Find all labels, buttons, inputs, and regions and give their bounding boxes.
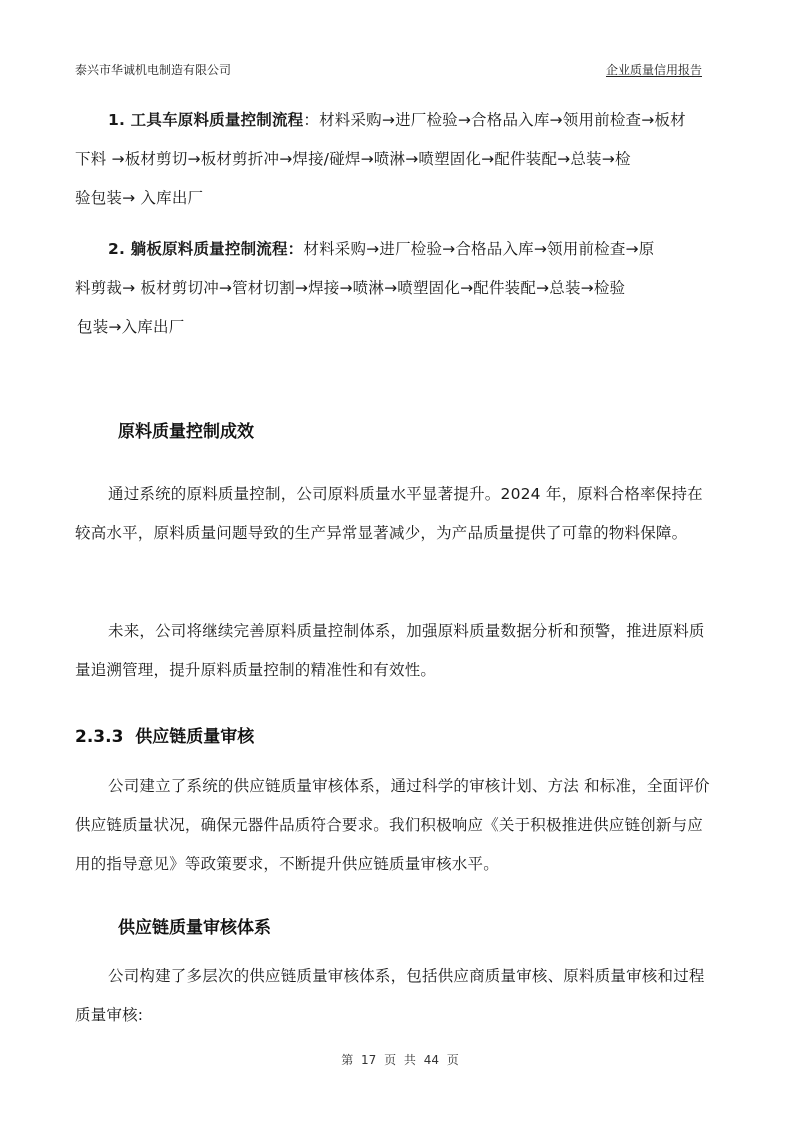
process-line: 包装→入库出厂 [75,308,715,347]
results-paragraph-1: 通过系统的原料质量控制，公司原料质量水平显著提升。2024 年，原料合格率保持在… [75,475,715,553]
subsection-title-results: 原料质量控制成效 [118,417,254,442]
results-paragraph-2: 未来，公司将继续完善原料质量控制体系，加强原料质量数据分析和预警，推进原料质量追… [75,612,715,690]
page-header: 泰兴市华诚机电制造有限公司 企业质量信用报告 [75,61,702,79]
page-number: 第 17 页 共 44 页 [0,1051,800,1068]
process-label: 1. 工具车原料质量控制流程 [108,111,303,129]
process-line: 验包装→ 入库出厂 [75,179,715,218]
subsection-title-audit: 供应链质量审核体系 [118,913,271,938]
section-heading-2-3-3: 2.3.3 供应链质量审核 [75,722,254,747]
audit-paragraph: 公司构建了多层次的供应链质量审核体系，包括供应商质量审核、原料质量审核和过程质量… [75,957,715,1035]
process-line: 2. 躺板原料质量控制流程：材料采购→进厂检验→合格品入库→领用前检查→原 [75,230,715,269]
section-number: 2.3.3 [75,727,123,747]
process-line: 料剪裁→ 板材剪切冲→管材切割→焊接→喷淋→喷塑固化→配件装配→总装→检验 [75,269,715,308]
report-title: 企业质量信用报告 [606,61,702,78]
section-title: 供应链质量审核 [135,727,254,747]
company-name: 泰兴市华诚机电制造有限公司 [75,61,231,78]
process-line: 下料 →板材剪切→板材剪折冲→焊接/碰焊→喷淋→喷塑固化→配件装配→总装→检 [75,140,715,179]
process-item-creeper: 2. 躺板原料质量控制流程：材料采购→进厂检验→合格品入库→领用前检查→原 料剪… [75,230,715,347]
process-label: 2. 躺板原料质量控制流程 [108,240,288,258]
section-233-paragraph: 公司建立了系统的供应链质量审核体系，通过科学的审核计划、方法 和标准，全面评价供… [75,767,715,884]
process-line: 1. 工具车原料质量控制流程：材料采购→进厂检验→合格品入库→领用前检查→板材 [75,101,715,140]
process-item-tool-cart: 1. 工具车原料质量控制流程：材料采购→进厂检验→合格品入库→领用前检查→板材 … [75,101,715,218]
